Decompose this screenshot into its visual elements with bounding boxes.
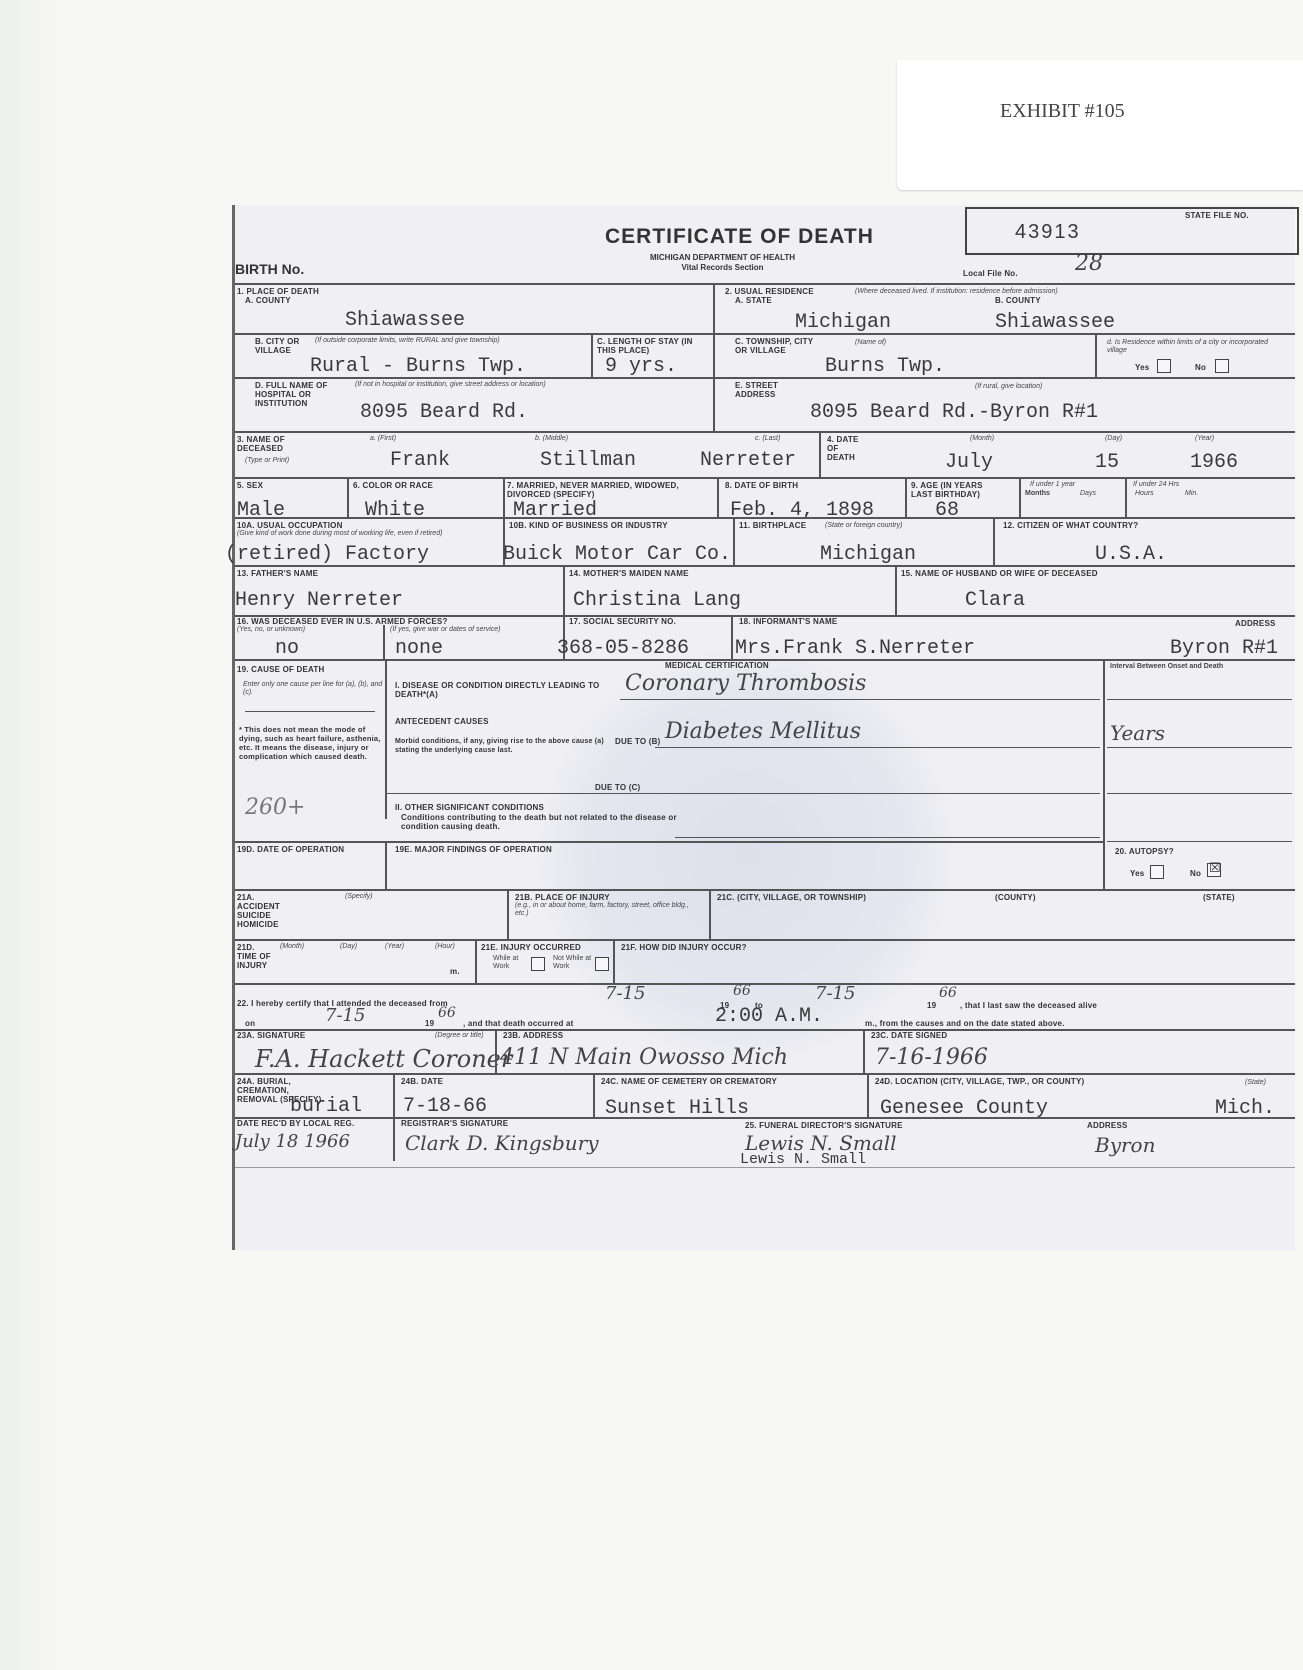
divider: [235, 377, 1295, 379]
accident-label: 21a. ACCIDENT SUICIDE HOMICIDE: [237, 893, 297, 929]
business-value: Buick Motor Car Co.: [503, 543, 731, 566]
not-while-at-work-label: Not While at Work: [553, 955, 601, 971]
occupation-label: 10a. USUAL OCCUPATION: [237, 521, 343, 530]
attended-to: 7-15: [815, 983, 855, 1004]
injury-year-label: (Year): [385, 943, 404, 951]
while-at-work-label: While at Work: [493, 955, 533, 971]
divider: [717, 477, 719, 517]
ssn-label: 17. SOCIAL SECURITY NO.: [569, 617, 676, 626]
registrar-signature-label: REGISTRAR'S SIGNATURE: [401, 1119, 508, 1128]
res-county-label: b. COUNTY: [995, 296, 1041, 305]
injury-day-label: (Day): [340, 943, 357, 951]
divider: [245, 711, 375, 712]
cause-code: 260+: [245, 795, 305, 820]
divider: [563, 565, 565, 615]
res-county-value: Shiawassee: [995, 311, 1115, 334]
hospital-note: (If not in hospital or institution, give…: [355, 381, 715, 389]
funeral-director-label: 25. FUNERAL DIRECTOR'S SIGNATURE: [745, 1121, 903, 1130]
sex-label: 5. SEX: [237, 481, 263, 490]
autopsy-yes-label: Yes: [1130, 869, 1144, 878]
business-label: 10b. KIND OF BUSINESS OR INDUSTRY: [509, 521, 668, 530]
divider: [393, 1073, 395, 1117]
under-24-hrs-label: If under 24 Hrs: [1133, 481, 1179, 489]
operation-findings-label: 19e. MAJOR FINDINGS OF OPERATION: [395, 845, 552, 854]
funeral-director-typed: Lewis N. Small: [740, 1151, 866, 1168]
department-name: MICHIGAN DEPARTMENT OF HEALTH: [650, 253, 795, 263]
type-or-print-note: (Type or Print): [245, 457, 289, 465]
last-seen-date: 7-15: [325, 1005, 365, 1026]
father-name-value: Henry Nerreter: [235, 589, 403, 612]
last-name-value: Nerreter: [700, 449, 796, 472]
state-file-number: 43913: [1015, 221, 1081, 244]
informant-label: 18. INFORMANT'S NAME: [739, 617, 837, 626]
birthplace-value: Michigan: [820, 543, 916, 566]
city-label: b. CITY OR VILLAGE: [255, 337, 315, 355]
part2-note: Conditions contributing to the death but…: [401, 813, 701, 831]
local-file-number: 28: [1075, 251, 1103, 276]
informant-address-value: Byron R#1: [1170, 637, 1278, 660]
interval-b-value: Years: [1110, 721, 1165, 745]
race-label: 6. COLOR OR RACE: [353, 481, 433, 490]
divider: [1103, 659, 1105, 889]
divider: [507, 889, 509, 939]
date-signed-value: 7-16-1966: [875, 1045, 988, 1070]
divider: [347, 477, 349, 517]
burial-location-label: 24d. LOCATION (City, village, twp., or c…: [875, 1077, 1084, 1086]
part2-label: II. OTHER SIGNIFICANT CONDITIONS: [395, 803, 544, 812]
limits-no-label: No: [1195, 363, 1206, 372]
line: [655, 747, 1100, 748]
attended-from: 7-15: [605, 983, 645, 1004]
date-received-value: July 18 1966: [235, 1131, 350, 1152]
middle-name-value: Stillman: [540, 449, 636, 472]
divider: [993, 517, 995, 565]
limits-yes-label: Yes: [1135, 363, 1149, 372]
war-service-value: none: [395, 637, 443, 660]
first-name-value: Frank: [390, 449, 450, 472]
usual-residence-note: (Where deceased lived. If institution: r…: [855, 288, 1058, 296]
divider: [383, 625, 385, 659]
injury-hour-label: (Hour): [435, 943, 455, 951]
year-prefix-3: 19: [425, 1019, 434, 1028]
on-label: on: [245, 1019, 255, 1028]
hours-label: Hours: [1135, 490, 1154, 498]
death-month-value: July: [945, 451, 993, 474]
line: [1107, 747, 1292, 748]
burial-method-value: burial: [290, 1095, 362, 1118]
deceased-name-label: 3. NAME OF DECEASED: [237, 435, 307, 453]
usual-residence-label: 2. USUAL RESIDENCE: [725, 287, 814, 296]
line: [675, 837, 1100, 838]
death-certificate: CERTIFICATE OF DEATH MICHIGAN DEPARTMENT…: [232, 205, 1295, 1250]
line: [1107, 793, 1292, 794]
last-seen-year: 66: [438, 1005, 456, 1021]
divider: [385, 659, 387, 819]
stay-value: 9 yrs.: [605, 355, 677, 378]
autopsy-label: 20. AUTOPSY?: [1115, 847, 1174, 856]
days-label: Days: [1080, 490, 1096, 498]
war-note: (If yes, give war or dates of service): [390, 626, 500, 634]
signer-address-value: 411 N Main Owosso Mich: [500, 1045, 788, 1070]
registrar-signature: Clark D. Kingsbury: [405, 1131, 599, 1155]
injury-m-label: m.: [450, 967, 460, 976]
mother-name-label: 14. MOTHER'S MAIDEN NAME: [569, 569, 689, 578]
year-prefix-2: 19: [927, 1001, 936, 1010]
informant-address-label: ADDRESS: [1235, 619, 1276, 628]
antecedent-label: ANTECEDENT CAUSES: [395, 717, 489, 726]
death-time-value: 2:00 A.M.: [715, 1005, 823, 1028]
certify-text-2: , that I last saw the deceased alive: [960, 1001, 1097, 1010]
divider: [235, 565, 1295, 567]
burial-state-label: (State): [1245, 1079, 1266, 1087]
county-label: a. COUNTY: [245, 296, 291, 305]
attended-to-year: 66: [939, 985, 957, 1001]
father-name-label: 13. FATHER'S NAME: [237, 569, 318, 578]
checked-mark-icon: ☒: [1209, 860, 1221, 876]
hospital-label: d. FULL NAME OF HOSPITAL OR INSTITUTION: [255, 381, 335, 408]
divider: [613, 939, 615, 983]
injury-place-note: (e.g., in or about home, farm, factory, …: [515, 902, 695, 918]
res-township-note: (Name of): [855, 339, 886, 347]
cemetery-label: 24c. NAME OF CEMETERY OR CREMATORY: [601, 1077, 777, 1086]
due-to-c-label: DUE TO (c): [595, 783, 640, 792]
injury-occurred-label: 21e. INJURY OCCURRED: [481, 943, 581, 952]
local-file-label: Local File No.: [963, 269, 1018, 278]
birthplace-label: 11. BIRTHPLACE: [739, 521, 806, 530]
res-state-label: a. STATE: [735, 296, 772, 305]
spouse-name-value: Clara: [965, 589, 1025, 612]
divider: [1019, 477, 1021, 517]
attended-from-year: 66: [733, 983, 751, 999]
spouse-name-label: 15. NAME OF HUSBAND OR WIFE OF DECEASED: [901, 569, 1098, 578]
certificate-department: MICHIGAN DEPARTMENT OF HEALTH Vital Reco…: [650, 253, 795, 273]
limits-yes-checkbox[interactable]: [1157, 359, 1171, 373]
exhibit-label: EXHIBIT #105: [1000, 100, 1125, 123]
stay-label: c. LENGTH OF STAY (in this place): [597, 337, 707, 355]
accident-specify: (Specify): [345, 893, 373, 901]
death-year-value: 1966: [1190, 451, 1238, 474]
death-county-value: Shiawassee: [345, 309, 465, 332]
divider: [731, 615, 733, 659]
injury-place-label: 21b. PLACE OF INJURY: [515, 893, 610, 902]
divider: [1095, 333, 1097, 377]
cause-footnote: * This does not mean the mode of dying, …: [239, 725, 389, 761]
birth-no-label: BIRTH No.: [235, 261, 304, 277]
divider: [503, 477, 505, 517]
divider: [235, 431, 1295, 433]
divider: [235, 333, 1295, 335]
res-street-value: 8095 Beard Rd.-Byron R#1: [810, 401, 1098, 424]
autopsy-yes-checkbox[interactable]: [1150, 865, 1164, 879]
res-township-value: Burns Twp.: [825, 355, 945, 378]
director-address-label: ADDRESS: [1087, 1121, 1128, 1130]
line: [1107, 841, 1292, 842]
divider: [235, 1167, 1295, 1168]
cause-b-value: Diabetes Mellitus: [665, 719, 861, 744]
res-street-note: (If rural, give location): [975, 383, 1042, 391]
injury-time-label: 21d. TIME OF INJURY: [237, 943, 277, 970]
divider: [709, 889, 711, 939]
under-1-year-label: If under 1 year: [1030, 481, 1075, 489]
autopsy-no-label: No: [1190, 869, 1201, 878]
divider: [591, 333, 593, 377]
informant-value: Mrs.Frank S.Nerreter: [735, 637, 975, 660]
divider: [1125, 477, 1127, 517]
not-while-at-work-checkbox[interactable]: [595, 957, 609, 971]
injury-county-label: (COUNTY): [995, 893, 1036, 902]
part1-label: I. DISEASE OR CONDITION DIRECTLY LEADING…: [395, 681, 625, 699]
divider: [385, 841, 387, 889]
city-note: (If outside corporate limits, write RURA…: [315, 337, 585, 345]
section-name: Vital Records Section: [650, 263, 795, 273]
injury-city-label: 21c. (CITY, VILLAGE, OR TOWNSHIP): [717, 893, 866, 902]
months-label: Months: [1025, 490, 1050, 498]
divider: [235, 841, 1103, 843]
divider: [475, 939, 477, 983]
birthplace-note: (State or foreign country): [825, 522, 902, 530]
interval-label: Interval Between Onset and Death: [1110, 663, 1230, 671]
mother-name-value: Christina Lang: [573, 589, 741, 612]
state-file-label: State File No.: [1185, 211, 1249, 220]
date-of-death-label: 4. DATE OF DEATH: [827, 435, 867, 462]
medical-certification-label: MEDICAL CERTIFICATION: [665, 661, 769, 670]
divider: [867, 1073, 869, 1117]
occupation-note: (Give kind of work done during most of w…: [237, 530, 497, 538]
line: [620, 699, 1100, 700]
divider: [235, 939, 1295, 941]
injury-month-label: (Month): [280, 943, 304, 951]
ssn-value: 368-05-8286: [557, 637, 689, 660]
death-day-label: (Day): [1105, 435, 1122, 443]
min-label: Min.: [1185, 490, 1198, 498]
divider: [235, 477, 1295, 479]
death-year-label: (Year): [1195, 435, 1214, 443]
divider: [733, 517, 735, 565]
cause-instruction: Enter only one cause per line for (a), (…: [243, 681, 383, 697]
how-injury-label: 21f. HOW DID INJURY OCCUR?: [621, 943, 747, 952]
limits-no-checkbox[interactable]: [1215, 359, 1229, 373]
divider: [235, 1029, 1295, 1031]
burial-date-label: 24b. DATE: [401, 1077, 443, 1086]
director-address-value: Byron: [1095, 1133, 1155, 1157]
citizen-label: 12. CITIZEN OF WHAT COUNTRY?: [1003, 521, 1138, 530]
degree-label: (Degree or title): [435, 1032, 484, 1040]
divider: [235, 517, 1295, 519]
divider: [495, 1029, 497, 1073]
death-month-label: (Month): [970, 435, 994, 443]
date-of-birth-label: 8. DATE OF BIRTH: [725, 481, 798, 490]
divider: [895, 565, 897, 615]
res-street-label: e. STREET ADDRESS: [735, 381, 805, 399]
hospital-value: 8095 Beard Rd.: [360, 401, 528, 424]
certificate-title: CERTIFICATE OF DEATH: [605, 225, 874, 249]
armed-forces-note: (Yes, no, or unknown): [237, 626, 305, 634]
autopsy-no-checkbox[interactable]: ☒: [1207, 863, 1221, 877]
operation-date-label: 19d. DATE OF OPERATION: [237, 845, 344, 854]
divider: [863, 1029, 865, 1073]
date-received-label: DATE REC'D BY LOCAL REG.: [237, 1119, 354, 1128]
marital-status-label: 7. MARRIED, NEVER MARRIED, WIDOWED, DIVO…: [507, 481, 717, 499]
divider: [235, 983, 1295, 985]
divider: [235, 889, 1295, 891]
citizen-value: U.S.A.: [1095, 543, 1167, 566]
last-name-label: c. (Last): [755, 435, 780, 443]
divider: [905, 477, 907, 517]
age-label: 9. AGE (In years last birthday): [911, 481, 991, 499]
while-at-work-checkbox[interactable]: [531, 957, 545, 971]
divider: [593, 1073, 595, 1117]
middle-name-label: b. (Middle): [535, 435, 568, 443]
occupation-value: (retired) Factory: [225, 543, 429, 566]
date-signed-label: 23c. DATE SIGNED: [871, 1031, 947, 1040]
line: [1107, 699, 1292, 700]
place-of-death-label: 1. PLACE OF DEATH: [237, 287, 319, 296]
divider: [713, 283, 715, 431]
burial-date-value: 7-18-66: [403, 1095, 487, 1118]
signer-address-label: 23b. ADDRESS: [503, 1031, 563, 1040]
armed-forces-value: no: [275, 637, 299, 660]
physician-signature: F.A. Hackett Coroner: [255, 1045, 512, 1073]
cause-of-death-label: 19. CAUSE OF DEATH: [237, 665, 324, 674]
line: [385, 793, 1100, 794]
exhibit-label-sticker: [897, 60, 1303, 190]
divider: [393, 1117, 395, 1161]
divider: [235, 283, 1295, 285]
certify-text-3: , and that death occurred at: [463, 1019, 574, 1028]
injury-state-label: (STATE): [1203, 893, 1235, 902]
certify-text-4: m., from the causes and on the date stat…: [865, 1019, 1065, 1028]
first-name-label: a. (First): [370, 435, 396, 443]
armed-forces-label: 16. WAS DECEASED EVER IN U.S. ARMED FORC…: [237, 617, 448, 626]
res-state-value: Michigan: [795, 311, 891, 334]
cause-a-value: Coronary Thrombosis: [625, 671, 866, 696]
signature-label: 23a. SIGNATURE: [237, 1031, 305, 1040]
state-seal-watermark: [535, 645, 955, 1065]
res-township-label: c. TOWNSHIP, CITY OR VILLAGE: [735, 337, 815, 355]
city-limits-label: d. Is Residence within limits of a city …: [1107, 339, 1287, 355]
due-to-b-label: DUE TO (b): [615, 737, 660, 746]
death-city-value: Rural - Burns Twp.: [310, 355, 526, 378]
divider: [819, 431, 821, 477]
morbid-conditions-label: Morbid conditions, if any, giving rise t…: [395, 737, 615, 755]
death-day-value: 15: [1095, 451, 1119, 474]
